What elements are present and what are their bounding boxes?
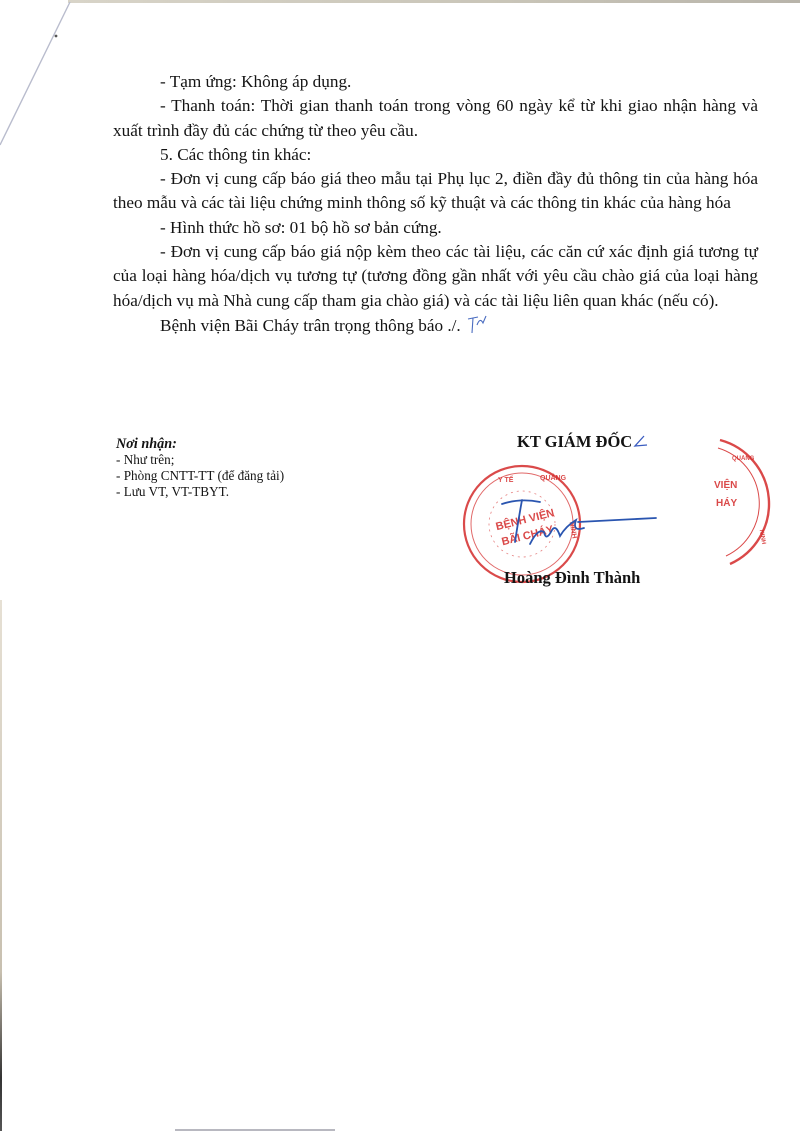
initials-mark-icon <box>464 313 490 335</box>
document-body: - Tạm ứng: Không áp dụng. - Thanh toán: … <box>113 70 758 338</box>
paragraph-dossier-form: - Hình thức hồ sơ: 01 bộ hồ sơ bản cứng. <box>113 216 758 240</box>
closing-text: Bệnh viện Bãi Cháy trân trọng thông báo … <box>160 316 461 335</box>
recipients-block: Nơi nhận: - Như trên; - Phòng CNTT-TT (đ… <box>116 436 284 500</box>
scan-top-edge <box>68 0 800 3</box>
closing-line: Bệnh viện Bãi Cháy trân trọng thông báo … <box>113 313 758 338</box>
svg-text:VIỆN: VIỆN <box>714 478 737 491</box>
svg-text:HÁY: HÁY <box>716 496 737 509</box>
paragraph-payment: - Thanh toán: Thời gian thanh toán trong… <box>113 94 758 143</box>
section-other-info-heading: 5. Các thông tin khác: <box>113 143 758 167</box>
paragraph-advance: - Tạm ứng: Không áp dụng. <box>113 70 758 94</box>
signature-block: BỆNH VIỆN BÃI CHÁY Y TẾ QUẢNG NINH KT GI… <box>460 432 710 602</box>
recipient-item: - Phòng CNTT-TT (để đăng tải) <box>116 468 284 484</box>
svg-text:NINH: NINH <box>758 529 766 544</box>
recipients-heading: Nơi nhận: <box>116 436 284 452</box>
paragraph-attachments: - Đơn vị cung cấp báo giá nộp kèm theo c… <box>113 240 758 313</box>
recipient-item: - Lưu VT, VT-TBYT. <box>116 484 284 500</box>
scan-left-edge <box>0 600 2 1131</box>
partial-seal-icon: VIỆN HÁY QUẢNG NINH <box>710 436 800 576</box>
recipient-item: - Như trên; <box>116 452 284 468</box>
paragraph-quote-form: - Đơn vị cung cấp báo giá theo mẫu tại P… <box>113 167 758 216</box>
svg-text:QUẢNG: QUẢNG <box>732 455 755 462</box>
signer-name: Hoàng Đình Thành <box>504 568 640 588</box>
